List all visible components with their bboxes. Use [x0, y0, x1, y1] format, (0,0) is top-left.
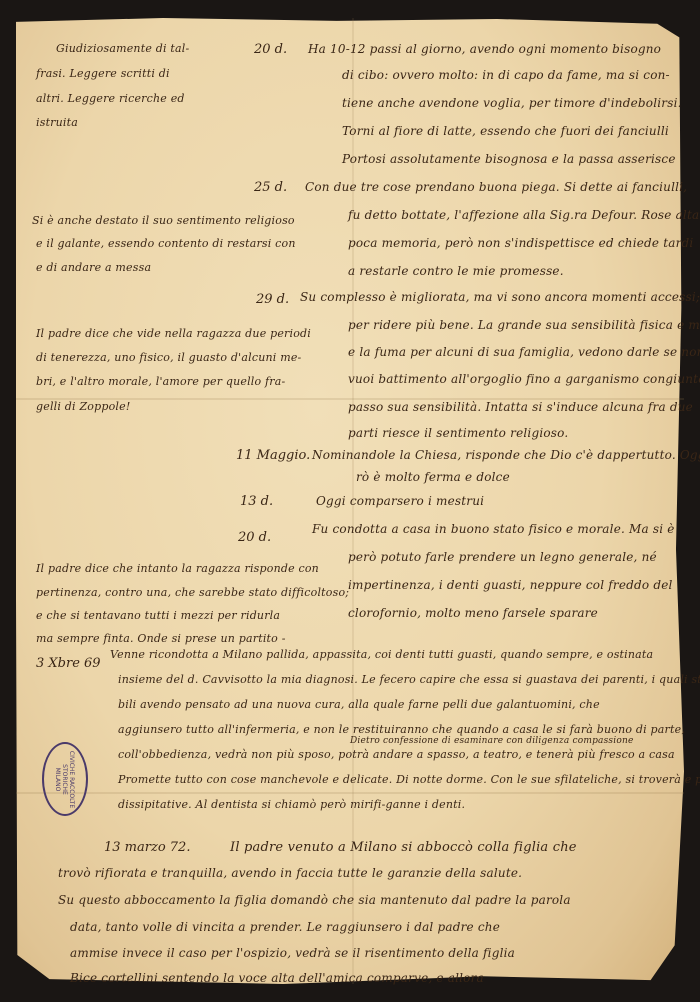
stamp-line: MILANO	[55, 750, 62, 807]
entry-line: Con due tre cose prendano buona piega. S…	[305, 180, 687, 194]
margin-note-line: altri. Leggere ricerche ed	[36, 92, 185, 105]
entry-line: data, tanto volle di vincita a prender. …	[70, 920, 500, 934]
entry-line: Il padre venuto a Milano si abboccò coll…	[230, 840, 577, 855]
entry-line: coll'obbedienza, vedrà non più sposo, po…	[118, 748, 675, 761]
entry-line: Fu condotta a casa in buono stato fisico…	[312, 522, 675, 536]
entry-line: e la fuma per alcuni di sua famiglia, ve…	[348, 345, 700, 359]
margin-note-line: Il padre dice che vide nella ragazza due…	[36, 327, 311, 340]
entry-line: a restarle contro le mie promesse.	[348, 264, 564, 278]
margin-note-line: di tenerezza, uno fisico, il guasto d'al…	[36, 351, 301, 364]
paper-fold-horizontal	[16, 792, 684, 794]
entry-line: tiene anche avendone voglia, per timore …	[342, 96, 682, 110]
entry-line: Venne ricondotta a Milano pallida, appas…	[110, 648, 653, 661]
entry-line: poca memoria, però non s'indispettisce e…	[348, 236, 693, 250]
margin-note-line: Si è anche destato il suo sentimento rel…	[32, 214, 295, 227]
entry-date: 13 d.	[240, 494, 273, 509]
margin-note-line: e il galante, essendo contento di restar…	[36, 237, 296, 250]
entry-line: fu detto bottate, l'affezione alla Sig.r…	[348, 208, 699, 222]
entry-date: 29 d.	[256, 292, 289, 307]
margin-note-line: Giudiziosamente di tal-	[56, 42, 189, 55]
entry-line: Nominandole la Chiesa, risponde che Dio …	[312, 448, 700, 462]
margin-note-line: gelli di Zoppole!	[36, 400, 130, 413]
entry-line: parti riesce il sentimento religioso.	[348, 426, 568, 440]
entry-line: però potuto farle prendere un legno gene…	[348, 550, 657, 564]
entry-line: dissipitative. Al dentista si chiamò per…	[118, 798, 465, 811]
entry-date: 25 d.	[254, 180, 287, 195]
entry-line: Su complesso è migliorata, ma vi sono an…	[300, 290, 700, 304]
margin-note-line: e che si tentavano tutti i mezzi per rid…	[36, 609, 280, 622]
entry-line: clorofornio, molto meno farsele sparare	[348, 606, 598, 620]
margin-note-line: ma sempre finta. Onde si prese un partit…	[36, 632, 286, 645]
entry-line: aggiunsero tutto all'infermeria, e non l…	[118, 723, 685, 736]
entry-line: trovò rifiorata e tranquilla, avendo in …	[58, 866, 522, 880]
margin-note-line: e di andare a messa	[36, 261, 151, 274]
entry-date: 20 d.	[238, 530, 271, 545]
entry-line: impertinenza, i denti guasti, neppure co…	[348, 578, 673, 592]
entry-line: passo sua sensibilità. Intatta si s'indu…	[348, 400, 693, 414]
archive-stamp: CIVICHE RACCOLTE STORICHE MILANO	[42, 742, 88, 816]
entry-line: Bice cortellini sentendo la voce alta de…	[70, 971, 484, 985]
margin-note-line: pertinenza, contro una, che sarebbe stat…	[36, 586, 349, 599]
entry-line: rò è molto ferma e dolce	[356, 470, 510, 484]
entry-line: vuoi battimento all'orgoglio fino a garg…	[348, 372, 700, 386]
margin-note-line: Il padre dice che intanto la ragazza ris…	[36, 562, 319, 575]
entry-line: di cibo: ovvero molto: in di capo da fam…	[342, 68, 670, 82]
entry-interlinear-note: Dietro confessione di esaminare con dili…	[350, 736, 633, 746]
entry-line: Oggi comparsero i mestrui	[316, 494, 484, 508]
entry-date: 11 Maggio.	[236, 448, 310, 463]
entry-line: bili avendo pensato ad una nuova cura, a…	[118, 698, 600, 711]
entry-line: Promette tutto con cose manchevole e del…	[118, 773, 700, 786]
entry-line: per ridere più bene. La grande sua sensi…	[348, 318, 700, 332]
entry-line: Ha 10-12 passi al giorno, avendo ogni mo…	[308, 42, 661, 56]
margin-note-line: frasi. Leggere scritti di	[36, 67, 170, 80]
entry-date: 20 d.	[254, 42, 287, 57]
entry-line: Torni al fiore di latte, essendo che fuo…	[342, 124, 669, 138]
entry-line: Portosi assolutamente bisognosa e la pas…	[342, 152, 676, 166]
margin-note-line: istruita	[36, 116, 78, 129]
stamp-line: CIVICHE RACCOLTE	[69, 750, 76, 807]
entry-line: insieme del d. Cavvisotto la mia diagnos…	[118, 673, 700, 686]
entry-line: Su questo abboccamento la figlia domandò…	[58, 893, 571, 907]
entry-date: 13 marzo 72.	[104, 840, 190, 855]
margin-note-line: bri, e l'altro morale, l'amore per quell…	[36, 375, 285, 388]
entry-line: ammise invece il caso per l'ospizio, ved…	[70, 946, 515, 960]
entry-date: 3 Xbre 69	[36, 656, 101, 671]
